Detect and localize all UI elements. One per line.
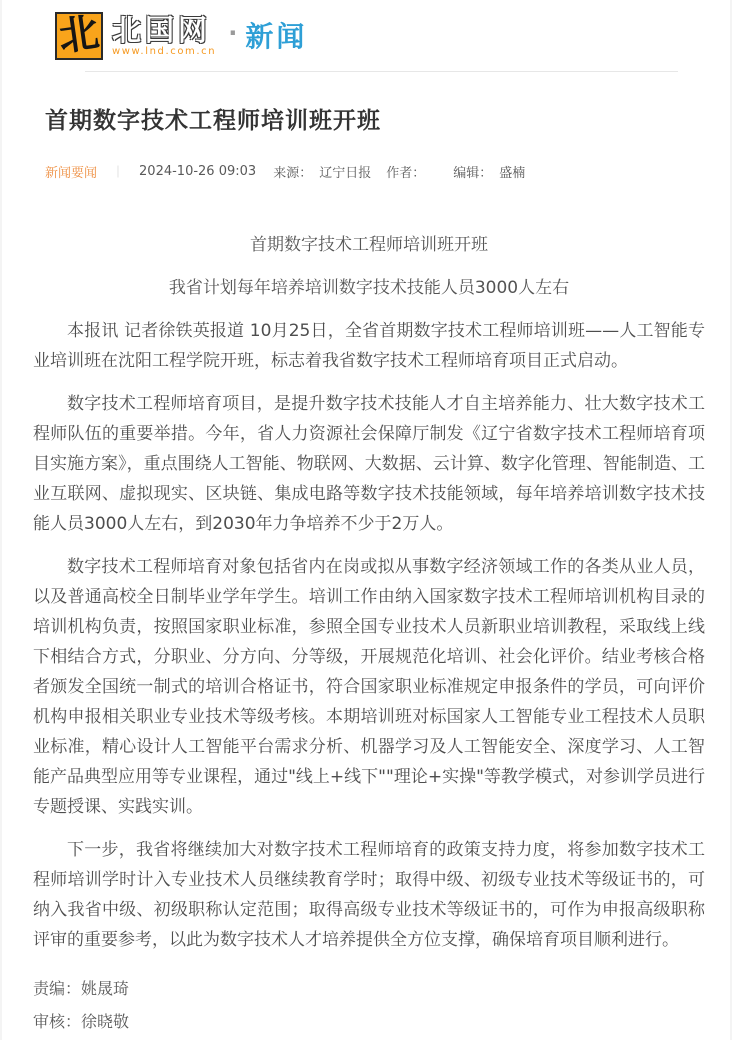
footer-reviewer: 审核：徐晓敬 (33, 1005, 705, 1038)
article-title: 首期数字技术工程师培训班开班 (45, 102, 705, 135)
article-meta: 新闻要闻 ｜ 2024-10-26 09:03 来源： 辽宁日报 作者： 编辑：… (45, 162, 705, 181)
body-paragraph: 下一步，我省将继续加大对数字技术工程师培育的政策支持力度，将参加数字技术工程师培… (33, 835, 705, 955)
body-paragraph: 本报讯 记者徐铁英报道 10月25日，全省首期数字技术工程师培训班——人工智能专… (33, 316, 705, 376)
article-footer: 责编：姚晟琦 审核：徐晓敬 (33, 972, 705, 1038)
logo-text-block: 北国网 www.lnd.com.cn (112, 15, 216, 57)
logo-section-label[interactable]: 新闻 (245, 15, 307, 55)
meta-category-link[interactable]: 新闻要闻 (45, 162, 97, 181)
meta-source-label: 来源： (273, 162, 312, 181)
header-divider (85, 71, 678, 72)
logo-square-icon: 北 (55, 12, 103, 60)
logo-glyph: 北 (56, 12, 101, 57)
article: 首期数字技术工程师培训班开班 新闻要闻 ｜ 2024-10-26 09:03 来… (2, 102, 730, 1038)
logo-site-name: 北国网 (112, 15, 216, 45)
body-heading-title: 首期数字技术工程师培训班开班 (33, 230, 705, 260)
body-paragraph: 数字技术工程师培育项目，是提升数字技术技能人才自主培养能力、壮大数字技术工程师队… (33, 389, 705, 539)
site-header: 北 北国网 www.lnd.com.cn · 新闻 (2, 0, 730, 72)
logo-site-url: www.lnd.com.cn (112, 46, 216, 57)
logo-dot-separator: · (228, 19, 237, 47)
meta-author-label: 作者： (386, 162, 425, 181)
body-paragraph: 数字技术工程师培育对象包括省内在岗或拟从事数字经济领域工作的各类从业人员，以及普… (33, 552, 705, 822)
body-heading-subtitle: 我省计划每年培养培训数字技术技能人员3000人左右 (33, 273, 705, 303)
article-body: 首期数字技术工程师培训班开班 我省计划每年培养培训数字技术技能人员3000人左右… (33, 230, 705, 955)
meta-editor-label: 编辑： (453, 162, 492, 181)
meta-editor-value: 盛楠 (499, 162, 525, 181)
meta-source-value: 辽宁日报 (319, 162, 371, 181)
page: 北 北国网 www.lnd.com.cn · 新闻 首期数字技术工程师培训班开班… (0, 0, 732, 1040)
meta-separator: ｜ (112, 163, 124, 180)
meta-datetime: 2024-10-26 09:03 (139, 164, 256, 179)
site-logo[interactable]: 北 北国网 www.lnd.com.cn · 新闻 (55, 12, 703, 60)
footer-responsible-editor: 责编：姚晟琦 (33, 972, 705, 1005)
